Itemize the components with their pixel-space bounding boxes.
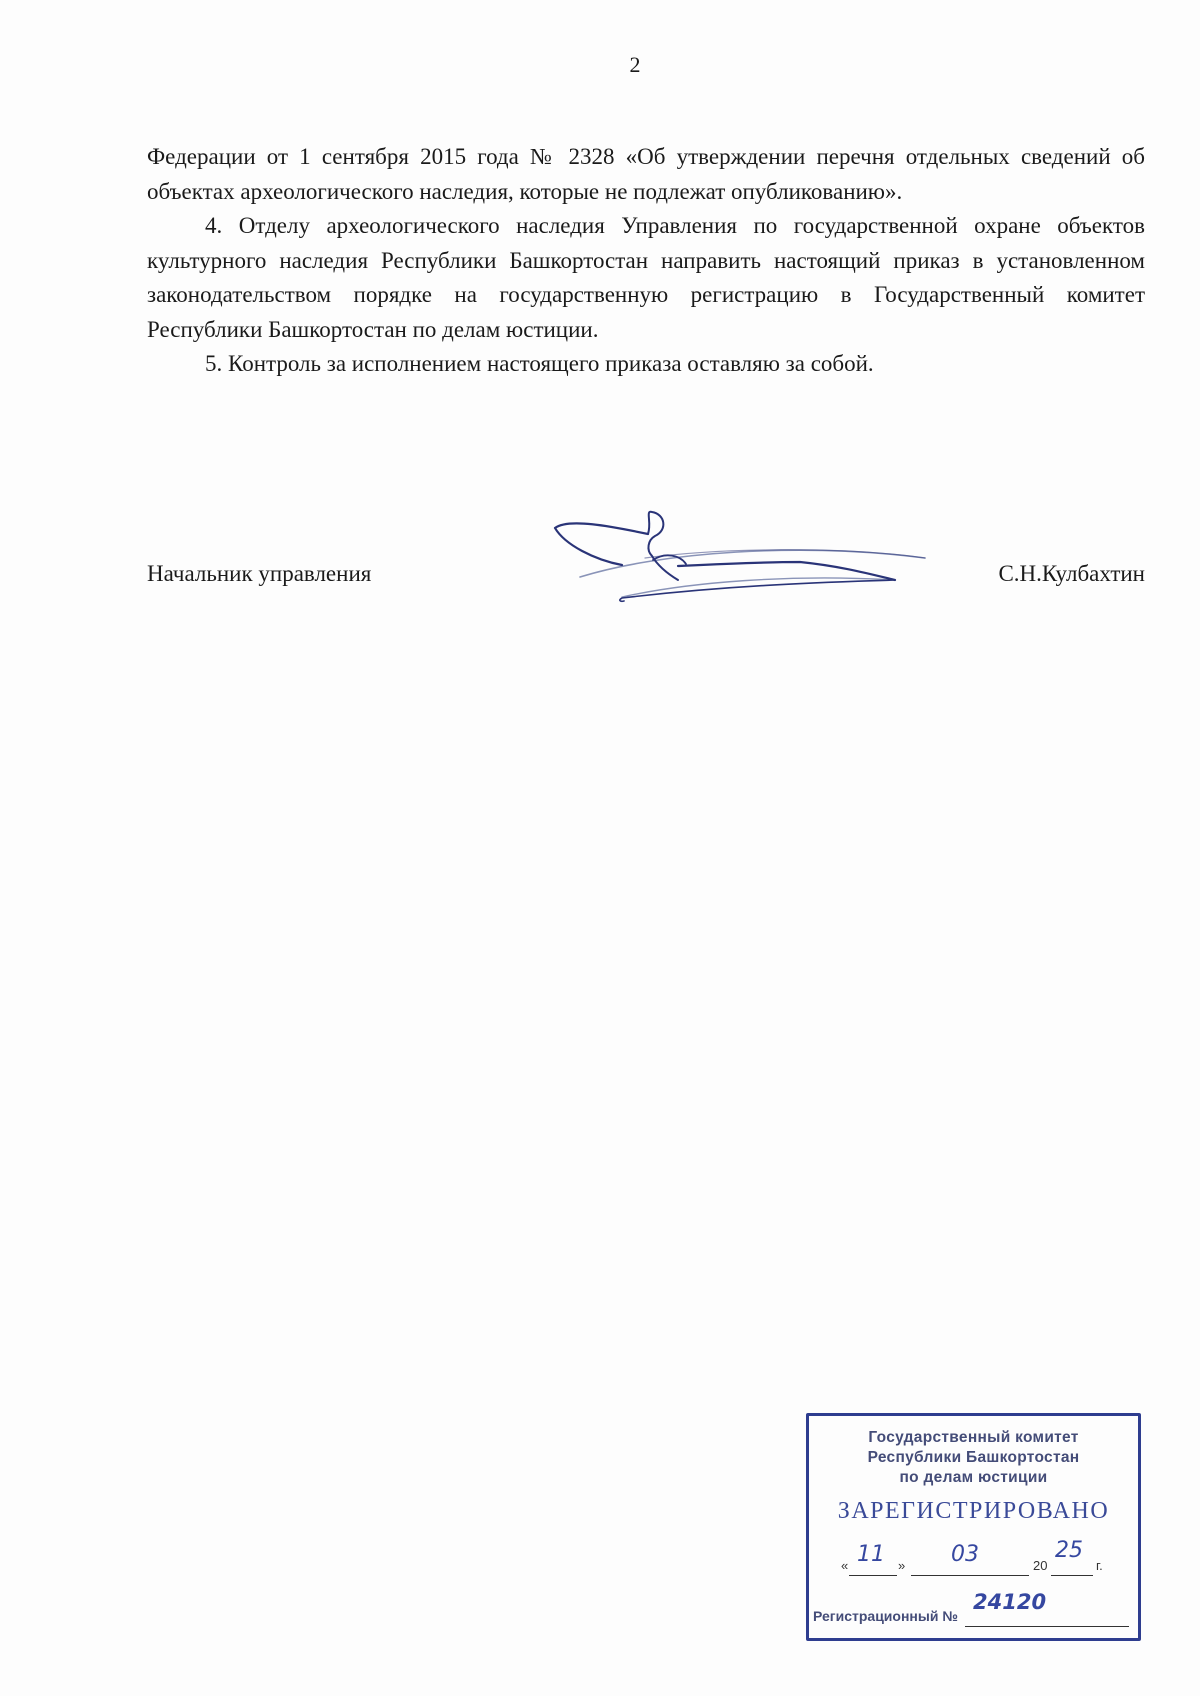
stamp-status: ЗАРЕГИСТРИРОВАНО	[809, 1498, 1138, 1525]
reg-number-label: Регистрационный №	[813, 1608, 958, 1624]
date-year-suffix: г.	[1096, 1558, 1103, 1573]
handwritten-signature	[540, 500, 940, 610]
signatory-title: Начальник управления	[147, 561, 371, 587]
date-open-quote: «	[841, 1558, 848, 1573]
stamp-org-line1: Государственный комитет	[809, 1428, 1138, 1448]
paragraph-item-4: 4. Отделу археологического наследия Упра…	[147, 209, 1145, 347]
stamp-org-line3: по делам юстиции	[809, 1468, 1138, 1488]
date-close-quote: »	[898, 1558, 905, 1573]
reg-number-value: 24120	[973, 1590, 1046, 1614]
date-year: 25	[1055, 1538, 1083, 1563]
stamp-organization: Государственный комитет Республики Башко…	[809, 1428, 1138, 1488]
date-century: 20	[1033, 1558, 1047, 1573]
date-month: 03	[951, 1542, 979, 1567]
paragraph-item-5: 5. Контроль за исполнением настоящего пр…	[147, 347, 1145, 382]
paragraph-continuation: Федерации от 1 сентября 2015 года № 2328…	[147, 140, 1145, 209]
stamp-registration: Регистрационный № 24120	[813, 1596, 1135, 1630]
date-day: 11	[857, 1542, 885, 1567]
page-number: 2	[0, 52, 1200, 78]
registration-stamp: Государственный комитет Республики Башко…	[806, 1413, 1141, 1641]
document-body: Федерации от 1 сентября 2015 года № 2328…	[147, 140, 1145, 382]
stamp-date: « 11 » 03 20 25 г.	[841, 1544, 1131, 1578]
signatory-name: С.Н.Кулбахтин	[998, 561, 1145, 587]
stamp-org-line2: Республики Башкортостан	[809, 1448, 1138, 1468]
